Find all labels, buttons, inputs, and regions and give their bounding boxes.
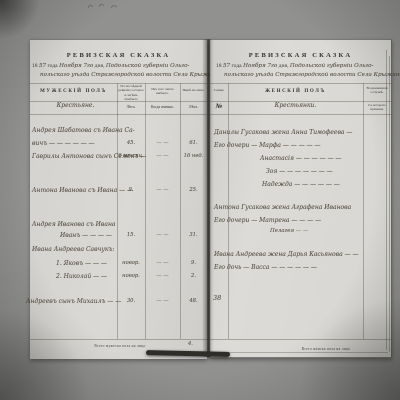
table-row: Его дочери — Матрена — — — —	[210, 217, 391, 228]
row-age-prev: 6 мѣсяц.	[117, 153, 145, 159]
page-stack-edge	[389, 56, 390, 352]
table-row: Зоя — — — — — — —	[210, 168, 391, 179]
row-name: Данилы Гусакова жена Анна Тимофеева —	[214, 129, 352, 136]
right-page: РЕВИЗСКАЯ СКАЗКА 18 57 года Ноября 7го д…	[210, 39, 392, 358]
row-age-prev: 9.	[117, 187, 145, 193]
table-row: Ивана Андреева Савчукъ:	[30, 246, 207, 257]
pencil-mark-icon	[86, 1, 122, 11]
table-row: Гаврилы Антонова сынъ Семенъ — 6 мѣсяц. …	[30, 153, 207, 164]
table-row: Антона Иванова съ Ивана — — 9. — — 25.	[30, 187, 207, 198]
grid-line	[30, 339, 207, 340]
hw-year: 57	[223, 63, 230, 69]
page-footer-total: 4.	[188, 341, 193, 347]
row-name: Ивана Андреева Савчукъ:	[32, 246, 114, 253]
sex-column-header: МУЖЕСКІЙ ПОЛЪ	[30, 89, 117, 94]
date-line: 18 57 года Ноября 7го дня, Подольской гу…	[216, 63, 389, 69]
printed-dnya: дня,	[95, 63, 105, 69]
date-line: 18 57 года Ноября 7го дня, Подольской гу…	[32, 63, 207, 69]
row-age-prev: 15.	[117, 232, 145, 238]
table-row: Его дочь — Васса — — — — — —	[210, 264, 391, 275]
col1-header: По послѣдней ревизіи состояло и затѣмъ п…	[118, 84, 144, 100]
hw-date: Ноября 7го	[243, 63, 277, 69]
row-departed: — —	[145, 260, 180, 266]
table-row: вичъ — — — — — — 45. — — 61.	[30, 140, 207, 151]
group-label: Крестьяне.	[34, 102, 117, 109]
col2-subheader: Когда именно.	[145, 105, 180, 109]
page-stack-edge	[218, 352, 388, 353]
row-departed: — —	[145, 140, 180, 146]
document-photo: РЕВИЗСКАЯ СКАЗКА 18 57 года Ноября 7го д…	[0, 0, 400, 400]
hw-date: Ноября 7го	[59, 63, 93, 69]
row-name: Анастасія — — — — — —	[260, 155, 341, 162]
family-number: 38	[213, 294, 221, 302]
row-name: Ивана Андреева жена Дарья Касьянова — —	[214, 251, 358, 258]
row-name: Иванъ — — — —	[60, 232, 112, 239]
row-name: Зоя — — — — — — —	[266, 168, 333, 175]
row-name: Его дочь — Васса — — — — — —	[214, 264, 317, 271]
printed-goda: года	[48, 63, 58, 69]
row-departed: — —	[145, 273, 180, 279]
table-row: Анастасія — — — — — —	[210, 155, 391, 166]
row-name: Надежда — — — — — —	[262, 181, 340, 188]
hw-place: Подольской губерніи Ольго-	[106, 63, 190, 69]
row-name: Пелагея — —	[270, 228, 308, 234]
row-age-prev: новор.	[117, 273, 145, 279]
table-row: Андрея Иванова съ Ивана	[30, 221, 207, 232]
row-age-prev: 45.	[117, 140, 145, 146]
page-title: РЕВИЗСКАЯ СКАЗКА	[30, 52, 207, 59]
col2-header: Изъ того числа выбыло.	[146, 87, 179, 100]
place-line: польскаго уѣзда Стражгородской волости С…	[224, 72, 400, 78]
row-age-prev: 30.	[117, 298, 145, 304]
table-row: Андрея Шабатова съ Ивана Са-	[30, 127, 207, 138]
page-stack-edge	[386, 50, 387, 350]
book-spine-shadow	[202, 39, 214, 357]
table-row: Пелагея — —	[210, 228, 391, 239]
row-name: Андрея Иванова съ Ивана	[32, 221, 116, 228]
sex-column-header: ЖЕНСКІЙ ПОЛЪ	[228, 89, 363, 94]
table-row: Его дочери — Марфа — — — — —	[210, 142, 391, 153]
table-row: Данилы Гусакова жена Анна Тимофеева —	[210, 129, 391, 140]
table-row: Антона Гусакова жена Аграфена Иванова	[210, 204, 391, 215]
col1-subheader: Лѣта.	[117, 105, 145, 109]
row-age-prev: новор.	[117, 260, 145, 266]
printed-18: 18	[216, 63, 222, 69]
row-departed: — —	[145, 232, 180, 238]
table-row: 2. Николай — — новор. — — 2.	[30, 273, 207, 284]
group-label: Крестьянки.	[228, 102, 363, 109]
page-footer-label: Всего женска пола на лицо	[272, 347, 380, 351]
row-name: Антона Гусакова жена Аграфена Иванова	[214, 204, 351, 211]
printed-18: 18	[32, 63, 38, 69]
printed-goda: года	[232, 63, 242, 69]
row-name: 2. Николай — —	[56, 273, 107, 280]
page-footer-label: Всего мужеска пола на лицо	[60, 344, 180, 348]
row-name: 1. Яковъ — — —	[56, 260, 107, 267]
page-title: РЕВИЗСКАЯ СКАЗКА	[210, 52, 391, 59]
row-name: Андреевъ сынъ Михаилъ — —	[26, 298, 121, 305]
row-name: Его дочери — Марфа — — — — —	[214, 142, 321, 149]
grid-line	[210, 339, 391, 340]
place-line: польскаго уѣзда Стражгородской волости С…	[40, 72, 229, 78]
row-name: Его дочери — Матрена — — — —	[214, 217, 321, 224]
table-row: Андреевъ сынъ Михаилъ — — 30. — — 48.	[30, 298, 207, 309]
table-row: Ивана Андреева жена Дарья Касьянова — —	[210, 251, 391, 262]
table-row: Иванъ — — — — 15. — — 31.	[30, 232, 207, 243]
row-departed: — —	[145, 187, 180, 193]
hw-place: Подольской губерніи Ольго-	[290, 63, 374, 69]
printed-dnya: дня,	[279, 63, 289, 69]
row-departed: — —	[145, 153, 180, 159]
table-row: 1. Яковъ — — — новор. — — 9.	[30, 260, 207, 271]
row-name: вичъ — — — — — —	[32, 140, 95, 147]
row-name: Андрея Шабатова съ Ивана Са-	[32, 127, 135, 134]
table-row: Надежда — — — — — —	[210, 181, 391, 192]
hw-year: 57	[39, 63, 46, 69]
left-page: РЕВИЗСКАЯ СКАЗКА 18 57 года Ноября 7го д…	[30, 39, 207, 359]
row-departed: — —	[145, 298, 180, 304]
